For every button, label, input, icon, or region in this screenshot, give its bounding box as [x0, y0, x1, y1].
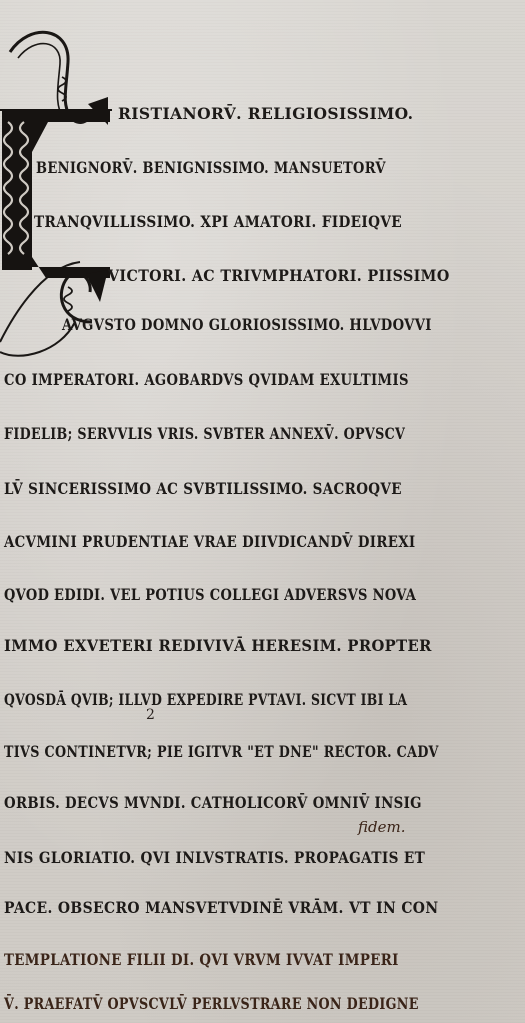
text-line-11: IMMO EXVETERI REDIVIVĀ HERESIM. PROPTER: [4, 636, 432, 655]
text-line-15: NIS GLORIATIO. QVI INLVSTRATIS. PROPAGAT…: [4, 848, 425, 867]
text-line-2: BENIGNORV̄. BENIGNISSIMO. MANSUETORV̄: [36, 158, 386, 177]
interlinear-gloss: fidem.: [358, 818, 405, 836]
text-line-5: AVGVSTO DOMNO GLORIOSISSIMO. HLVDOVVI: [62, 315, 432, 334]
text-line-3: TRANQVILLISSIMO. XPI AMATORI. FIDEIQVE: [34, 212, 402, 231]
text-line-9: ACVMINI PRUDENTIAE VRAE DIIVDICANDV̄ DIR…: [4, 532, 416, 551]
text-line-6: CO IMPERATORI. AGOBARDVS QVIDAM EXULTIMI…: [4, 370, 409, 389]
text-line-14: ORBIS. DECVS MVNDI. CATHOLICORV̄ OMNIV̄ …: [4, 793, 422, 812]
text-line-16: PACE. OBSECRO MANSVETVDINĒ VRĀM. VT IN C…: [4, 898, 438, 917]
text-line-18: V̄. PRAEFATV̄ OPVSCVLV̄ PERLVSTRARE NON …: [4, 994, 419, 1013]
text-line-8: LV̄ SINCERISSIMO AC SVBTILISSIMO. SACROQ…: [4, 479, 402, 498]
text-line-4: VICTORI. AC TRIVMPHATORI. PIISSIMO: [108, 266, 450, 285]
text-line-1: RISTIANORV̄. RELIGIOSISSIMO.: [118, 104, 413, 123]
text-line-17: TEMPLATIONE FILII DI. QVI VRVM IVVAT IMP…: [4, 950, 399, 969]
superscript-mark: 2: [146, 707, 155, 723]
text-line-10: QVOD EDIDI. VEL POTIUS COLLEGI ADVERSVS …: [4, 585, 416, 604]
manuscript-page: RISTIANORV̄. RELIGIOSISSIMO. BENIGNORV̄.…: [0, 0, 525, 1023]
text-line-12: QVOSDĀ QVIB; ILLVD EXPEDIRE PVTAVI. SICV…: [4, 690, 407, 709]
text-line-7: FIDELIB; SERVVLIS VRIS. SVBTER ANNEXV̄. …: [4, 424, 405, 443]
text-line-13: TIVS CONTINETVR; PIE IGITVR "ET DNE" REC…: [4, 742, 439, 761]
